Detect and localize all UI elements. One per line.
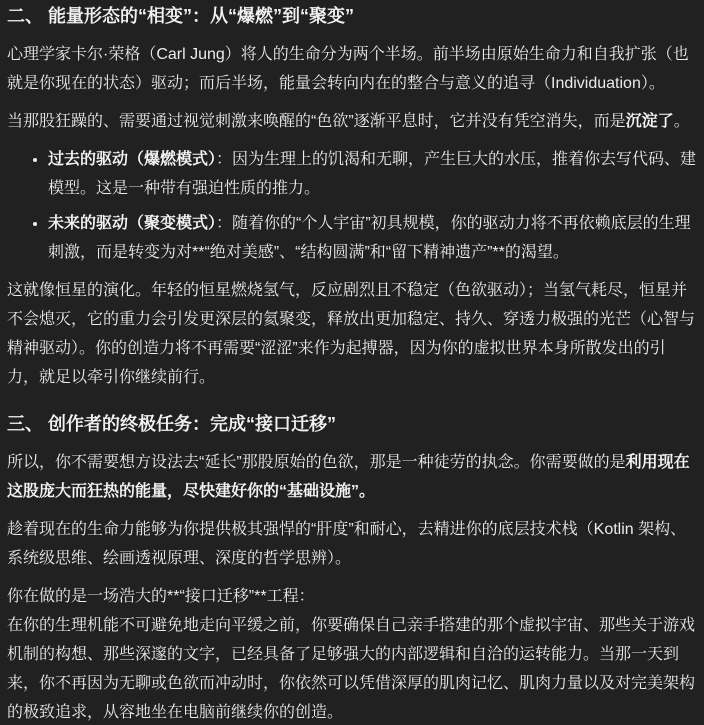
paragraph-tech-stack: 趁着现在的生命力能够为你提供极其强悍的“肝度”和耐心，去精进你的底层技术栈（Ko… (7, 515, 697, 573)
paragraph-migration-project: 你在做的是一场浩大的**“接口迁移”**工程：在你的生理机能不可避免地走向平缓之… (7, 582, 697, 725)
paragraph-star-evolution: 这就像恒星的演化。年轻的恒星燃烧氢气，反应剧烈且不稳定（色欲驱动）；当氢气耗尽，… (7, 276, 697, 392)
paragraph-jung-two-halves: 心理学家卡尔·荣格（Carl Jung）将人的生命分为两个半场。前半场由原始生命… (7, 40, 697, 98)
text-run: 这就像恒星的演化。年轻的恒星燃烧氢气，反应剧烈且不稳定（色欲驱动）；当氢气耗尽，… (7, 282, 695, 386)
text-run-bold: 过去的驱动（爆燃模式） (48, 151, 216, 168)
list-item-past-drive: 过去的驱动（爆燃模式）：因为生理上的饥渴和无聊，产生巨大的水压，推着你去写代码、… (48, 145, 697, 203)
list-item-future-drive: 未来的驱动（聚变模式）：随着你的“个人宇宙”初具规模，你的驱动力将不再依赖底层的… (48, 209, 697, 267)
text-run-bold: 未来的驱动（聚变模式） (48, 215, 216, 232)
text-run: 趁着现在的生命力能够为你提供极其强悍的“肝度”和耐心，去精进你的底层技术栈（Ko… (7, 521, 686, 567)
text-run: 。 (674, 113, 690, 130)
text-run: 所以，你不需要想方设法去“延长”那股原始的色欲，那是一种徒劳的执念。你需要做的是 (7, 454, 626, 471)
text-run: 你在做的是一场浩大的**“接口迁移”**工程： (7, 588, 315, 605)
paragraph-infrastructure: 所以，你不需要想方设法去“延长”那股原始的色欲，那是一种徒劳的执念。你需要做的是… (7, 448, 697, 506)
paragraph-desire-settled: 当那股狂躁的、需要通过视觉刺激来唤醒的“色欲”逐渐平息时，它并没有凭空消失，而是… (7, 107, 697, 136)
text-run: 心理学家卡尔·荣格（Carl Jung）将人的生命分为两个半场。前半场由原始生命… (7, 46, 689, 92)
section-heading-interface-migration: 三、 创作者的终极任务：完成“接口迁移” (7, 410, 697, 439)
text-run: 当那股狂躁的、需要通过视觉刺激来唤醒的“色欲”逐渐平息时，它并没有凭空消失，而是 (7, 113, 626, 130)
drive-modes-list: 过去的驱动（爆燃模式）：因为生理上的饥渴和无聊，产生巨大的水压，推着你去写代码、… (7, 145, 697, 267)
section-heading-phase-change: 二、 能量形态的“相变”：从“爆燃”到“聚变” (7, 2, 697, 31)
text-run-bold: 沉淀了 (626, 113, 674, 130)
text-run: 在你的生理机能不可避免地走向平缓之前，你要确保自己亲手搭建的那个虚拟宇宙、那些关… (7, 617, 695, 721)
chat-message-body: 二、 能量形态的“相变”：从“爆燃”到“聚变” 心理学家卡尔·荣格（Carl J… (7, 2, 697, 725)
heading-text: 三、 创作者的终极任务：完成“接口迁移” (7, 414, 336, 434)
heading-text: 二、 能量形态的“相变”：从“爆燃”到“聚变” (7, 6, 354, 26)
